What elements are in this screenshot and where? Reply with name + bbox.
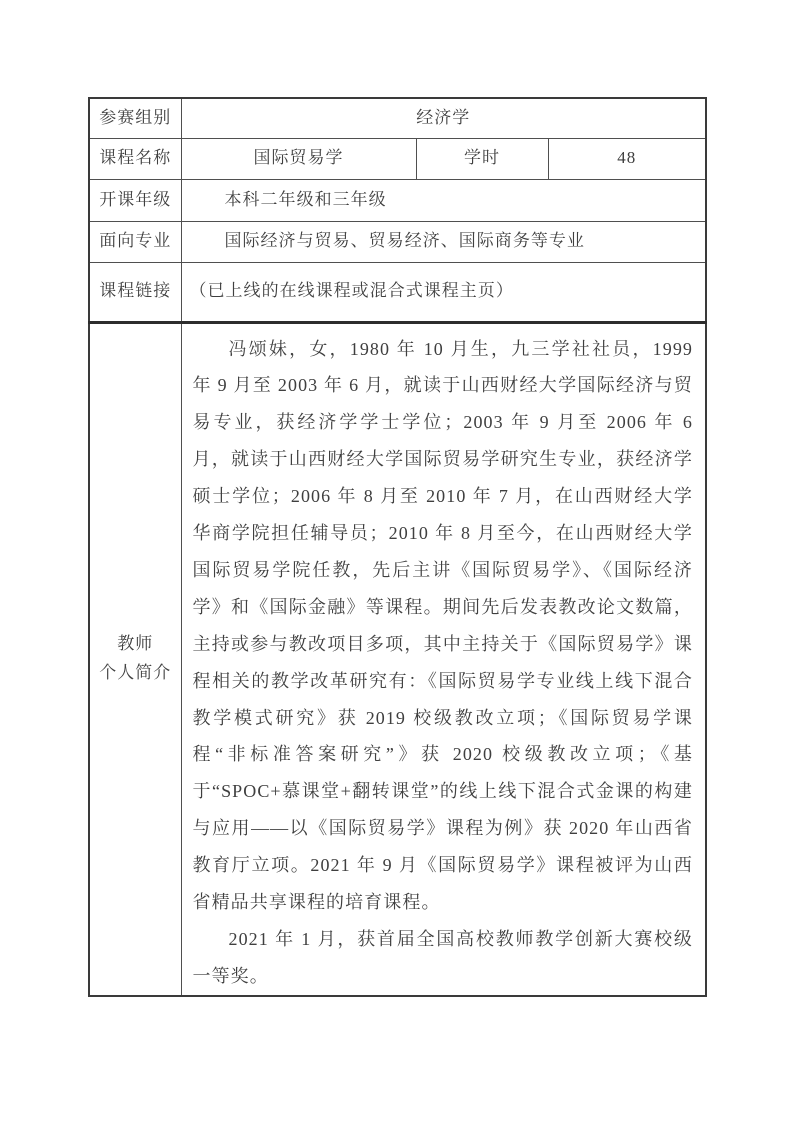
course-name-label: 课程名称 xyxy=(89,138,181,179)
course-name-value: 国际贸易学 xyxy=(181,138,416,179)
teacher-bio-label: 教师 个人简介 xyxy=(89,322,181,996)
table-row-link: 课程链接 （已上线的在线课程或混合式课程主页） xyxy=(89,262,706,322)
table-row-grade: 开课年级 本科二年级和三年级 xyxy=(89,179,706,221)
teacher-bio-text: 冯颂妹，女，1980 年 10 月生，九三学社社员，1999 年 9 月至 20… xyxy=(181,322,706,996)
teacher-bio-label-line1: 教师 xyxy=(90,630,181,659)
table-row-group: 参赛组别 经济学 xyxy=(89,98,706,138)
table-row-teacher-bio: 教师 个人简介 冯颂妹，女，1980 年 10 月生，九三学社社员，1999 年… xyxy=(89,322,706,996)
teacher-bio-label-line2: 个人简介 xyxy=(90,659,181,688)
group-label: 参赛组别 xyxy=(89,98,181,138)
course-info-table: 参赛组别 经济学 课程名称 国际贸易学 学时 48 开课年级 本科二年级和三年级… xyxy=(88,97,707,997)
grade-value: 本科二年级和三年级 xyxy=(181,179,706,221)
teacher-bio-paragraph-1: 冯颂妹，女，1980 年 10 月生，九三学社社员，1999 年 9 月至 20… xyxy=(193,331,694,922)
grade-label: 开课年级 xyxy=(89,179,181,221)
table-row-course: 课程名称 国际贸易学 学时 48 xyxy=(89,138,706,179)
major-value: 国际经济与贸易、贸易经济、国际商务等专业 xyxy=(181,221,706,262)
group-value: 经济学 xyxy=(181,98,706,138)
teacher-bio-paragraph-2: 2021 年 1 月，获首届全国高校教师教学创新大赛校级一等奖。 xyxy=(193,921,694,995)
document-page: 参赛组别 经济学 课程名称 国际贸易学 学时 48 开课年级 本科二年级和三年级… xyxy=(0,0,794,1123)
hours-value: 48 xyxy=(548,138,706,179)
major-label: 面向专业 xyxy=(89,221,181,262)
table-row-major: 面向专业 国际经济与贸易、贸易经济、国际商务等专业 xyxy=(89,221,706,262)
hours-label: 学时 xyxy=(416,138,548,179)
link-label: 课程链接 xyxy=(89,262,181,322)
link-value: （已上线的在线课程或混合式课程主页） xyxy=(181,262,706,322)
